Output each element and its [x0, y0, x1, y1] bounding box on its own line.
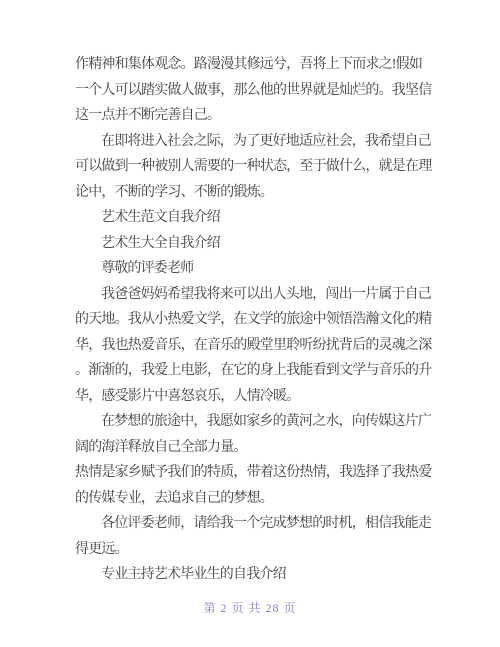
text-line: 可以做到一种被别人需要的一种状态，至于做什么，就是在理	[75, 154, 435, 180]
text-line: 作精神和集体观念。路漫漫其修远兮，吾将上下而求之!假如	[75, 52, 435, 78]
text-line: 艺术生范文自我介绍	[75, 205, 435, 231]
text-line: 这一点并不断完善自己。	[75, 103, 435, 129]
text-line: 华，我也热爱音乐，在音乐的殿堂里聆听纷扰背后的灵魂之深	[75, 333, 435, 359]
text-line: 我爸爸妈妈希望我将来可以出人头地，闯出一片属于自己	[75, 282, 435, 308]
document-body: 作精神和集体观念。路漫漫其修远兮，吾将上下而求之!假如一个人可以踏实做人做事，那…	[75, 52, 435, 588]
text-line: 华，感受影片中喜怒哀乐，人情冷暖。	[75, 384, 435, 410]
text-line: 在梦想的旅途中，我愿如家乡的黄河之水，向传媒这片广	[75, 409, 435, 435]
text-line: 论中，不断的学习、不断的锻炼。	[75, 180, 435, 206]
text-line: 阔的海洋释放自己全部力量。	[75, 435, 435, 461]
document-page: 作精神和集体观念。路漫漫其修远兮，吾将上下而求之!假如一个人可以踏实做人做事，那…	[0, 0, 500, 647]
page-footer: 第 2 页 共 28 页	[0, 600, 500, 616]
text-line: 艺术生大全自我介绍	[75, 231, 435, 257]
text-line: 的传媒专业，去追求自己的梦想。	[75, 486, 435, 512]
text-line: 得更远。	[75, 537, 435, 563]
text-line: 。渐渐的，我爱上电影，在它的身上我能看到文学与音乐的升	[75, 358, 435, 384]
text-line: 各位评委老师，请给我一个完成梦想的时机，相信我能走	[75, 511, 435, 537]
text-line: 在即将进入社会之际，为了更好地适应社会，我希望自己	[75, 129, 435, 155]
text-line: 专业主持艺术毕业生的自我介绍	[75, 562, 435, 588]
text-line: 一个人可以踏实做人做事，那么他的世界就是灿烂的。我坚信	[75, 78, 435, 104]
text-line: 尊敬的评委老师	[75, 256, 435, 282]
text-line: 的天地。我从小热爱文学，在文学的旅途中领悟浩瀚文化的精	[75, 307, 435, 333]
text-line: 热情是家乡赋予我们的特质，带着这份热情，我选择了我热爱	[75, 460, 435, 486]
